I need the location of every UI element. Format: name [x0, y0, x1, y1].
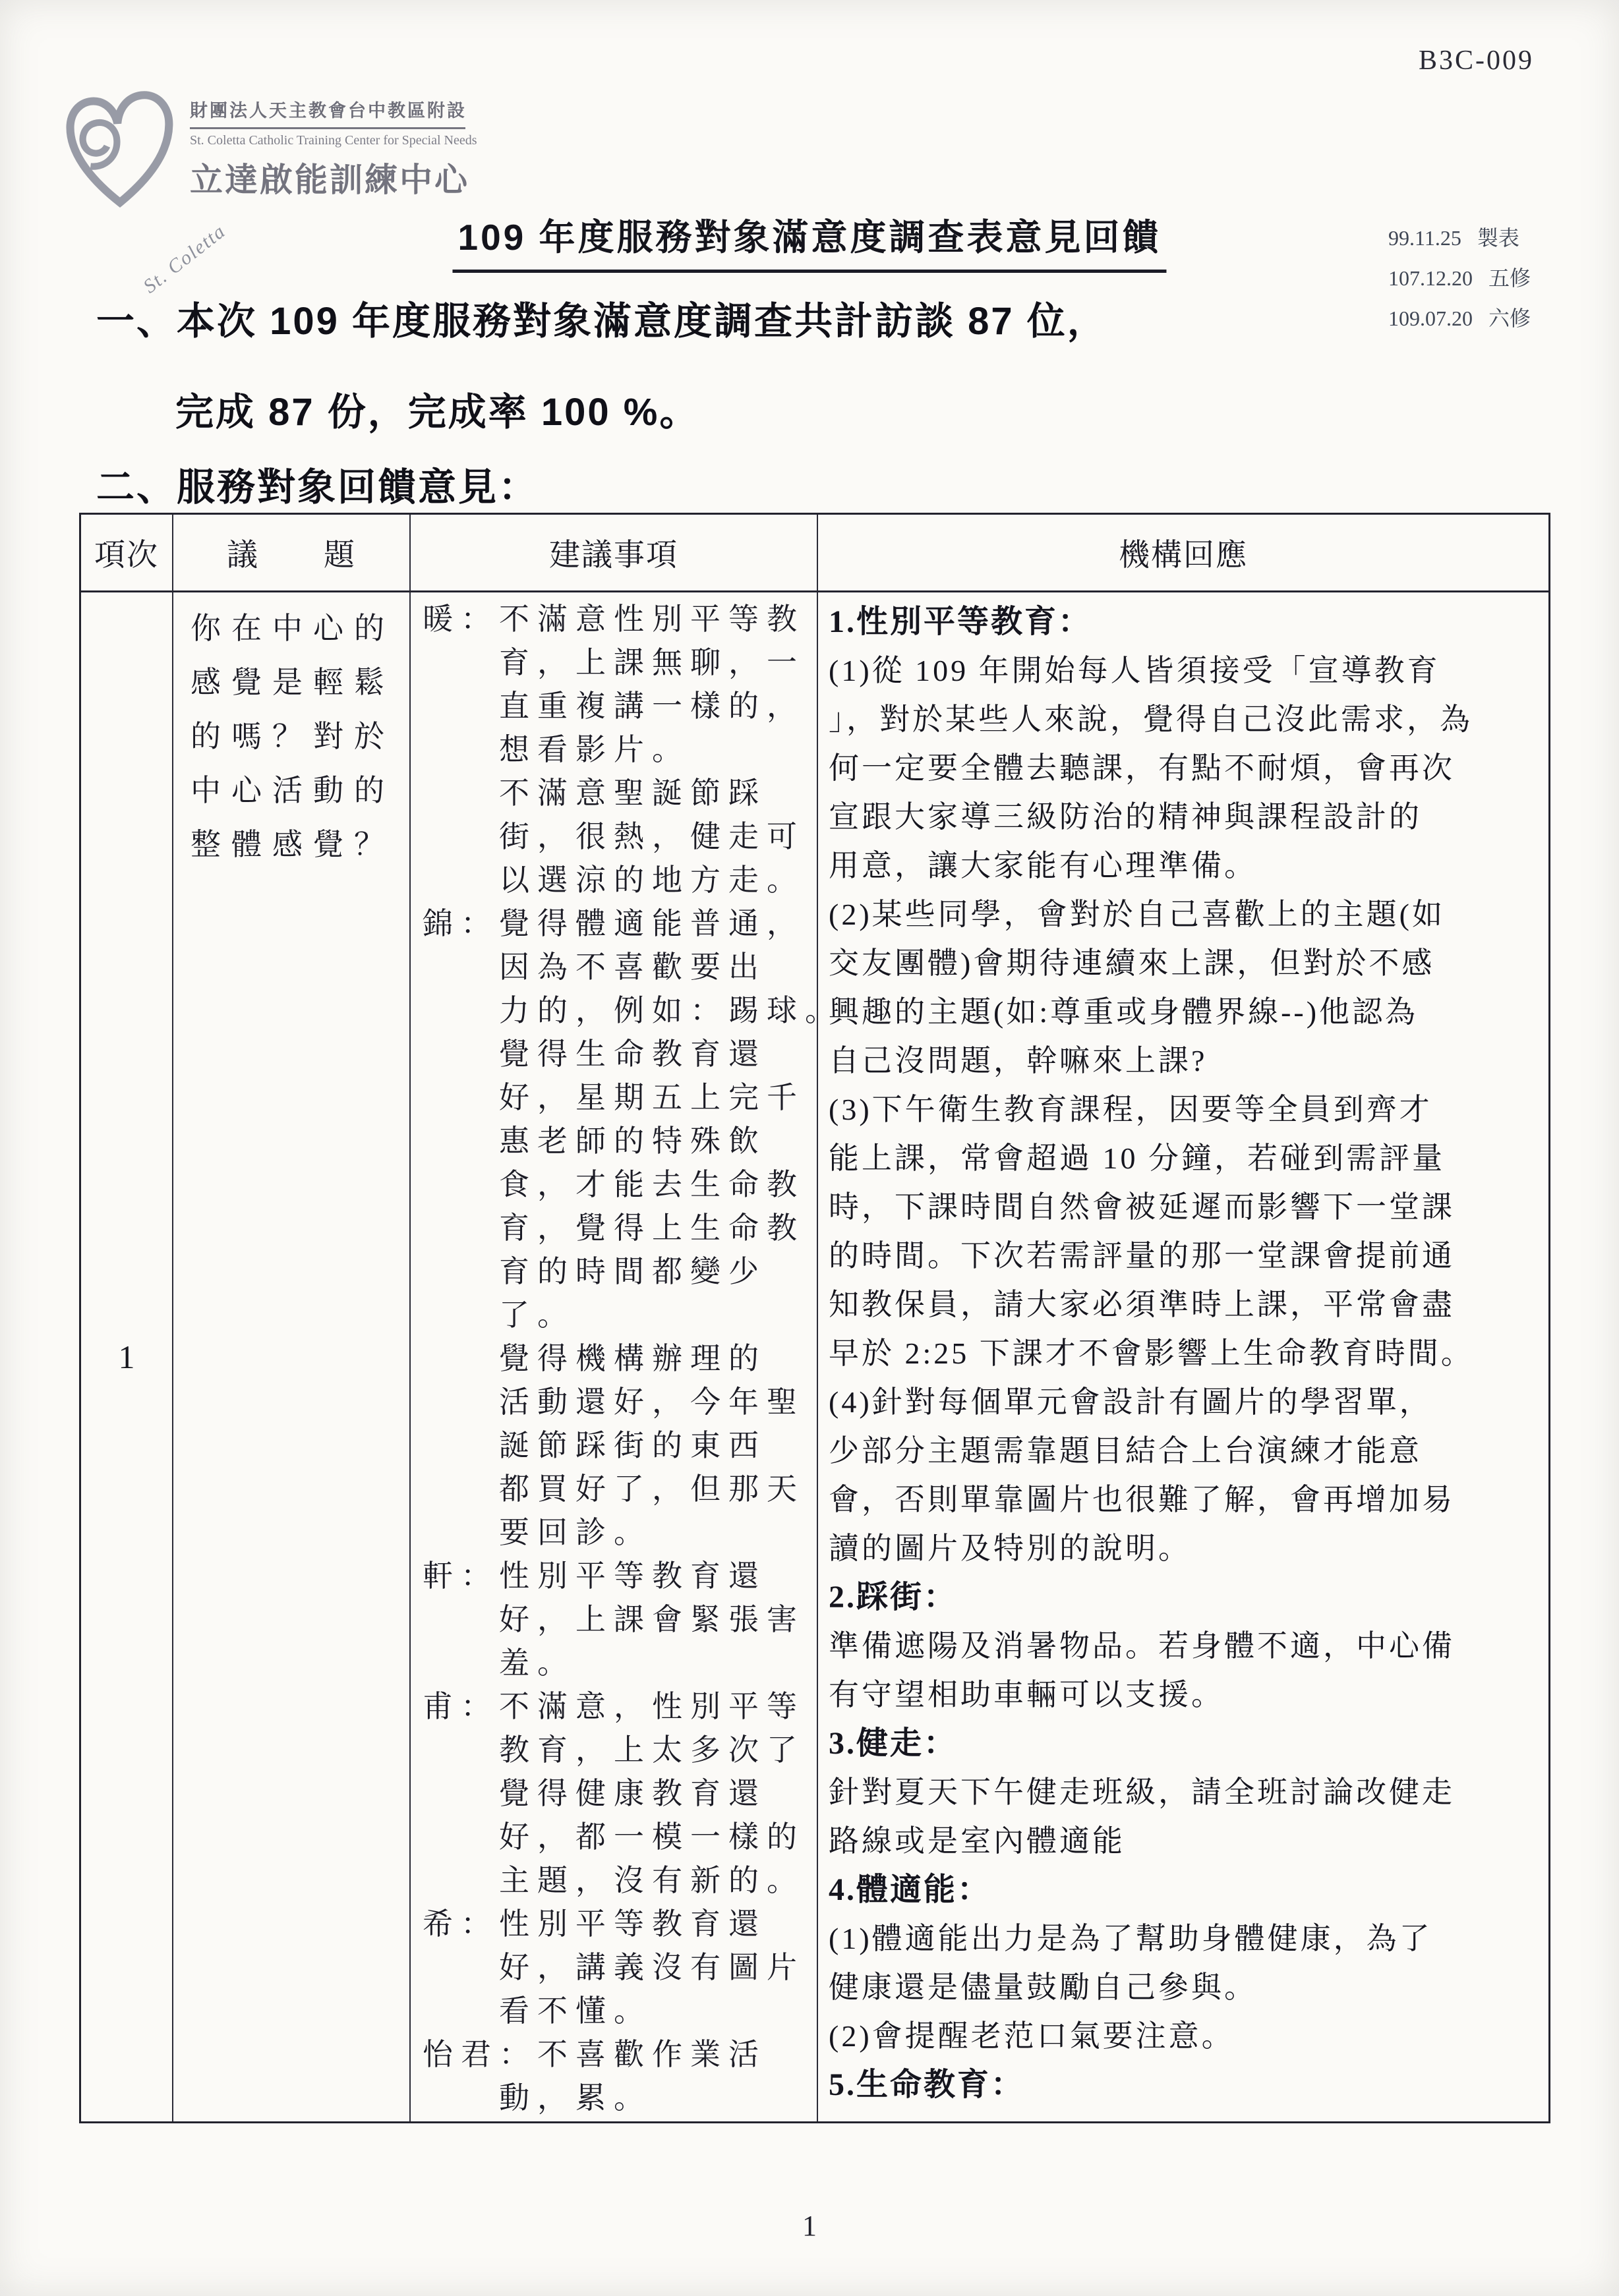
revision-label: 五修	[1488, 266, 1531, 290]
rline-line: 時，下課時間自然會被延遲而影響下一堂課	[829, 1183, 1542, 1232]
sline-line: 育，覺得上生命教	[423, 1207, 817, 1250]
intro-line-3: 二、服務對象回饋意見：	[96, 456, 539, 511]
document-code: B3C-009	[1419, 45, 1534, 76]
rline-line: (1)從 109 年開始每人皆須接受「宣導教育	[829, 646, 1542, 695]
scanned-document-page: B3C-009 St. Coletta 財團法人天主教會台中教區附設 St. C…	[0, 0, 1619, 2296]
revision-label: 六修	[1488, 306, 1531, 330]
rline-line: (3)下午衛生教育課程，因要等全員到齊才	[829, 1085, 1542, 1134]
logo-center-name: 立達啟能訓練中心	[190, 154, 480, 201]
header-index: 項次	[81, 515, 172, 592]
rline-line: 3.健走：	[829, 1719, 1542, 1768]
rline-line: 健康還是儘量鼓勵自己參與。	[829, 1963, 1542, 2012]
sline-line: 好，星期五上完千	[423, 1076, 817, 1120]
sline-line: 甫：不滿意，性別平等	[423, 1685, 817, 1729]
revision-notes: 99.11.25製表107.12.20五修109.07.20六修	[1388, 221, 1531, 342]
feedback-table: 項次 議 題 建議事項 機構回應 1 你在中心的感覺是輕鬆的嗎？對於中心活動的整…	[79, 513, 1550, 2123]
sline-line: 希：性別平等教育還	[423, 1903, 817, 1946]
rline-line: 知教保員，請大家必須準時上課，平常會盡	[829, 1280, 1542, 1329]
rline-line: 1.性別平等教育：	[829, 598, 1542, 646]
sline-line: 羞。	[423, 1642, 817, 1685]
rline-line: 宣跟大家導三級防治的精神與課程設計的	[829, 793, 1542, 842]
rline-line: (2)某些同學，會對於自己喜歡上的主題(如	[829, 890, 1542, 939]
sline-line: 好，都一模一樣的	[423, 1816, 817, 1859]
rline-line: 少部分主題需靠題目結合上台演練才能意	[829, 1427, 1542, 1476]
rline-line: 早於 2:25 下課才不會影響上生命教育時間。	[829, 1329, 1542, 1378]
rline-line: 興趣的主題(如:尊重或身體界線--)他認為	[829, 988, 1542, 1037]
sline-line: 育的時間都變少	[423, 1250, 817, 1294]
rline-line: 準備遮陽及消暑物品。若身體不適，中心備	[829, 1622, 1542, 1671]
revision-label: 製表	[1477, 226, 1519, 250]
rline-line: 能上課，常會超過 10 分鐘，若碰到需評量	[829, 1134, 1542, 1183]
rev-line-line: 107.12.20五修	[1388, 262, 1531, 302]
rline-line: 5.生命教育：	[829, 2061, 1542, 2109]
sline-line: 主題，沒有新的。	[423, 1859, 817, 1903]
page-title: 109 年度服務對象滿意度調查表意見回饋	[452, 208, 1166, 273]
tline-line: 中心活動的	[191, 764, 409, 818]
sline-line: 力的，例如：踢球。	[423, 989, 817, 1033]
tline-line: 感覺是輕鬆	[191, 656, 409, 710]
header-suggestion: 建議事項	[409, 515, 817, 592]
rline-line: 讀的圖片及特別的說明。	[829, 1524, 1542, 1573]
tline-line: 你在中心的	[191, 602, 409, 656]
page-number: 1	[802, 2209, 817, 2243]
rline-line: 交友團體)會期待連續來上課，但對於不感	[829, 939, 1542, 988]
row-index-cell: 1	[81, 592, 172, 2121]
revision-date: 99.11.25	[1388, 226, 1461, 250]
rline-line: 何一定要全體去聽課，有點不耐煩，會再次	[829, 744, 1542, 793]
tline-line: 的嗎？對於	[191, 710, 409, 764]
sline-line: 直重複講一樣的，	[423, 685, 817, 728]
response-cell: 1.性別平等教育：(1)從 109 年開始每人皆須接受「宣導教育」，對於某些人來…	[817, 592, 1548, 2121]
tline-line: 整體感覺？	[191, 818, 409, 872]
sline-line: 暖：不滿意性別平等教	[423, 598, 817, 641]
sline-line: 食，才能去生命教	[423, 1163, 817, 1207]
rline-line: 用意，讓大家能有心理準備。	[829, 842, 1542, 890]
sline-line: 都買好了，但那天	[423, 1468, 817, 1511]
rline-line: 有守望相助車輛可以支援。	[829, 1671, 1542, 1719]
sline-line: 看不懂。	[423, 1990, 817, 2033]
header-response: 機構回應	[817, 515, 1548, 592]
sline-line: 不滿意聖誕節踩	[423, 772, 817, 815]
rline-line: 會，否則單靠圖片也很難了解，會再增加易	[829, 1476, 1542, 1524]
rline-line: 4.體適能：	[829, 1866, 1542, 1914]
sline-line: 好，講義沒有圖片	[423, 1946, 817, 1990]
sline-line: 覺得機構辦理的	[423, 1337, 817, 1381]
sline-line: 要回診。	[423, 1511, 817, 1555]
sline-line: 以選涼的地方走。	[423, 859, 817, 902]
logo-org-line: 財團法人天主教會台中教區附設	[190, 96, 480, 122]
header-topic: 議 題	[172, 515, 409, 592]
sline-line: 覺得生命教育還	[423, 1033, 817, 1076]
sline-line: 街，很熱，健走可	[423, 815, 817, 859]
rline-line: (1)體適能出力是為了幫助身體健康，為了	[829, 1914, 1542, 1963]
suggestion-cell: 暖：不滿意性別平等教 育，上課無聊，一 直重複講一樣的， 想看影片。 不滿意聖誕…	[409, 592, 817, 2121]
sline-line: 育，上課無聊，一	[423, 641, 817, 685]
rev-line-line: 99.11.25製表	[1388, 221, 1531, 262]
rline-line: (2)會提醒老范口氣要注意。	[829, 2012, 1542, 2061]
rline-line: (4)針對每個單元會設計有圖片的學習單，	[829, 1378, 1542, 1427]
sline-line: 因為不喜歡要出	[423, 946, 817, 989]
sline-line: 惠老師的特殊飲	[423, 1120, 817, 1163]
rline-line: 2.踩街：	[829, 1573, 1542, 1622]
rline-line: 的時間。下次若需評量的那一堂課會提前通	[829, 1232, 1542, 1280]
intro-line-1: 一、本次 109 年度服務對象滿意度調查共計訪談 87 位，	[96, 290, 1107, 345]
sline-line: 想看影片。	[423, 728, 817, 772]
sline-line: 了。	[423, 1294, 817, 1337]
rline-line: 自己沒問題，幹嘛來上課?	[829, 1037, 1542, 1085]
sline-line: 覺得健康教育還	[423, 1772, 817, 1816]
revision-date: 107.12.20	[1388, 266, 1473, 290]
sline-line: 誕節踩街的東西	[423, 1424, 817, 1468]
sline-line: 動，累。	[423, 2077, 817, 2120]
rev-line-line: 109.07.20六修	[1388, 302, 1531, 342]
heart-logo-icon	[58, 84, 181, 223]
topic-cell: 你在中心的感覺是輕鬆的嗎？對於中心活動的整體感覺？	[172, 592, 409, 2121]
sline-line: 錦：覺得體適能普通，	[423, 902, 817, 946]
intro-line-2: 完成 87 份，完成率 100 %。	[175, 381, 699, 436]
sline-line: 好，上課會緊張害	[423, 1598, 817, 1642]
logo-english-name: St. Coletta Catholic Training Center for…	[190, 133, 480, 148]
rline-line: 路線或是室內體適能	[829, 1817, 1542, 1866]
revision-date: 109.07.20	[1388, 306, 1473, 330]
sline-line: 怡君：不喜歡作業活	[423, 2033, 817, 2077]
rline-line: 」，對於某些人來說，覺得自己沒此需求，為	[829, 695, 1542, 744]
sline-line: 活動還好，今年聖	[423, 1381, 817, 1424]
logo-script-label: St. Coletta	[139, 220, 230, 298]
sline-line: 教育，上太多次了	[423, 1729, 817, 1772]
rline-line: 針對夏天下午健走班級，請全班討論改健走	[829, 1768, 1542, 1817]
sline-line: 軒：性別平等教育還	[423, 1555, 817, 1598]
logo-divider	[190, 127, 465, 129]
